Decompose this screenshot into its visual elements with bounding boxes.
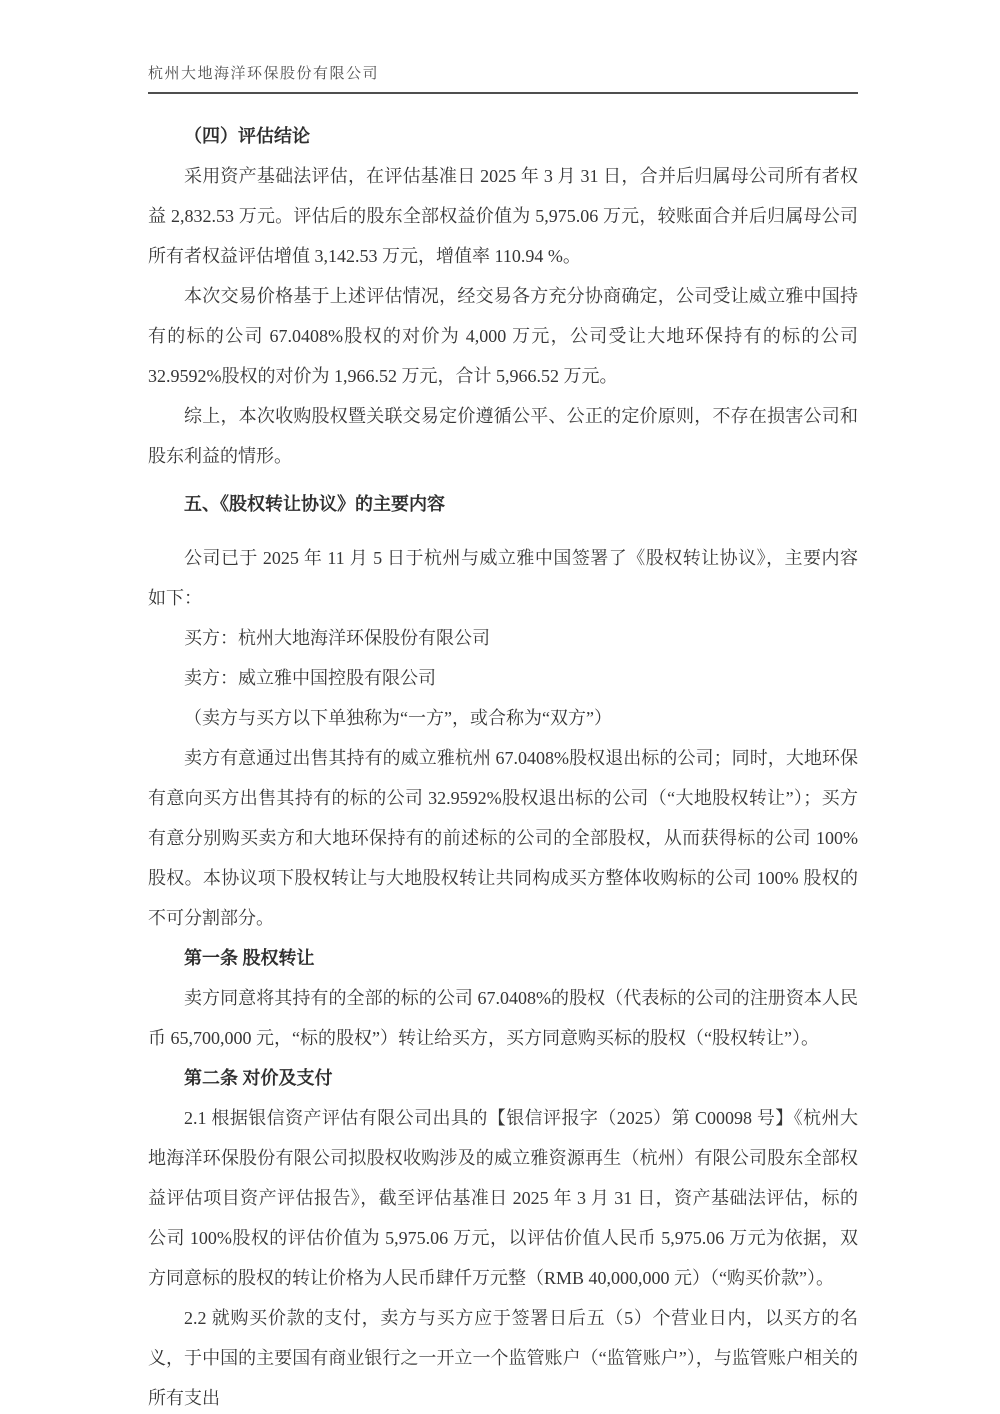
document-page: 杭州大地海洋环保股份有限公司 （四）评估结论 采用资产基础法评估，在评估基准日 …	[0, 0, 1000, 1414]
line-parties-definition: （卖方与买方以下单独称为“一方”，或合称为“双方”）	[148, 698, 858, 738]
line-seller: 卖方：威立雅中国控股有限公司	[148, 658, 858, 698]
section-heading-article-1: 第一条 股权转让	[148, 938, 858, 978]
paragraph-evaluation-result: 采用资产基础法评估，在评估基准日 2025 年 3 月 31 日，合并后归属母公…	[148, 156, 858, 276]
paragraph-pricing-principle: 综上，本次收购股权暨关联交易定价遵循公平、公正的定价原则，不存在损害公司和股东利…	[148, 396, 858, 476]
paragraph-transaction-price: 本次交易价格基于上述评估情况，经交易各方充分协商确定，公司受让威立雅中国持有的标…	[148, 276, 858, 396]
paragraph-article-2-1: 2.1 根据银信资产评估有限公司出具的【银信评报字（2025）第 C00098 …	[148, 1098, 858, 1298]
line-buyer: 买方：杭州大地海洋环保股份有限公司	[148, 618, 858, 658]
section-heading-article-2: 第二条 对价及支付	[148, 1058, 858, 1098]
page-header-company-name: 杭州大地海洋环保股份有限公司	[148, 62, 858, 94]
document-body: （四）评估结论 采用资产基础法评估，在评估基准日 2025 年 3 月 31 日…	[148, 116, 858, 1414]
section-heading-agreement-contents: 五、《股权转让协议》的主要内容	[148, 484, 858, 524]
paragraph-article-1-body: 卖方同意将其持有的全部的标的公司 67.0408%的股权（代表标的公司的注册资本…	[148, 978, 858, 1058]
paragraph-transfer-intent: 卖方有意通过出售其持有的威立雅杭州 67.0408%股权退出标的公司；同时，大地…	[148, 738, 858, 938]
paragraph-agreement-signing: 公司已于 2025 年 11 月 5 日于杭州与威立雅中国签署了《股权转让协议》…	[148, 538, 858, 618]
paragraph-article-2-2: 2.2 就购买价款的支付，卖方与买方应于签署日后五（5）个营业日内，以买方的名义…	[148, 1298, 858, 1414]
section-heading-evaluation-conclusion: （四）评估结论	[148, 116, 858, 156]
